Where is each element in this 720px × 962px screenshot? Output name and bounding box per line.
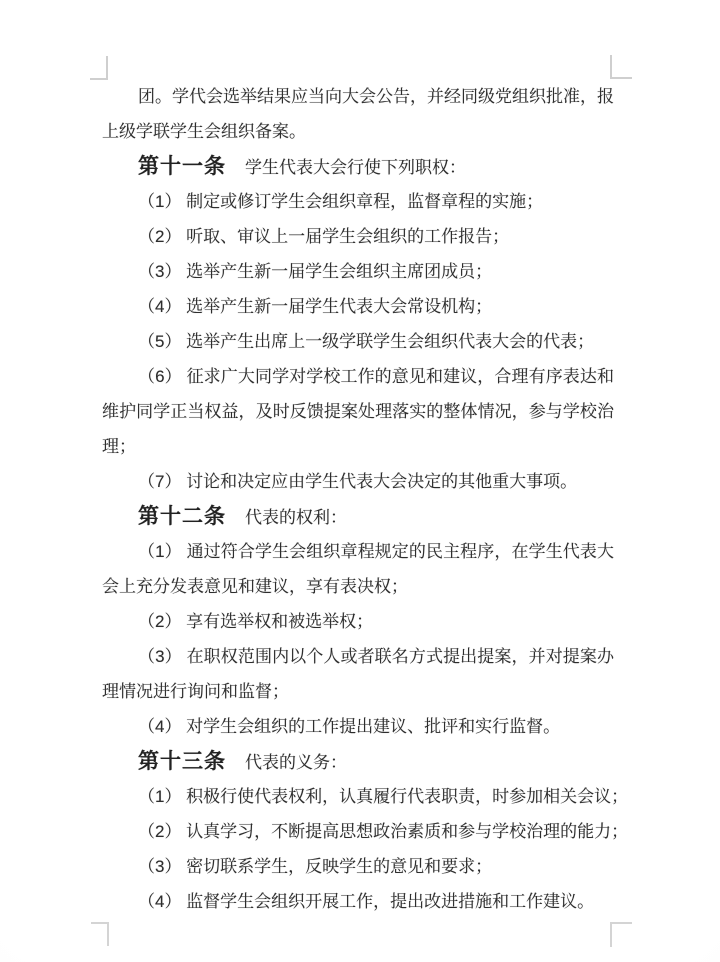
document-body: 团。学代会选举结果应当向大会公告，并经同级党组织批准，报 上级学联学生会组织备案… xyxy=(102,79,614,919)
text-line: 维护同学正当权益，及时反馈提案处理落实的整体情况，参与学校治 xyxy=(102,394,614,429)
text-line: 理情况进行询问和监督； xyxy=(102,674,614,709)
article-title: 代表的义务： xyxy=(245,753,347,772)
paragraph-continuation: 团。学代会选举结果应当向大会公告，并经同级党组织批准，报 上级学联学生会组织备案… xyxy=(102,79,614,149)
list-item: （3） 选举产生新一届学生会组织主席团成员； xyxy=(102,254,614,289)
list-item: （1） 通过符合学生会组织章程规定的民主程序，在学生代表大 会上充分发表意见和建… xyxy=(102,534,614,604)
text-line: （1） 制定或修订学生会组织章程，监督章程的实施； xyxy=(102,184,614,219)
text-line: （2） 享有选举权和被选举权； xyxy=(102,604,614,639)
document-photo: 团。学代会选举结果应当向大会公告，并经同级党组织批准，报 上级学联学生会组织备案… xyxy=(0,0,720,962)
text-line: （1） 积极行使代表权利，认真履行代表职责，时参加相关会议； xyxy=(102,779,614,814)
text-line: （1） 通过符合学生会组织章程规定的民主程序，在学生代表大 xyxy=(102,534,614,569)
text-line: 团。学代会选举结果应当向大会公告，并经同级党组织批准，报 xyxy=(102,79,614,114)
article-number: 第十三条 xyxy=(138,750,226,773)
text-line: （7） 讨论和决定应由学生代表大会决定的其他重大事项。 xyxy=(102,464,614,499)
list-item: （3） 在职权范围内以个人或者联名方式提出提案，并对提案办 理情况进行询问和监督… xyxy=(102,639,614,709)
text-line: （3） 密切联系学生，反映学生的意见和要求； xyxy=(102,849,614,884)
crop-mark-top-left xyxy=(90,56,108,80)
crop-mark-bottom-right xyxy=(610,922,632,947)
article-title: 学生代表大会行使下列职权： xyxy=(245,158,466,177)
text-line: 第十二条代表的权利： xyxy=(102,499,614,534)
article-heading: 第十一条学生代表大会行使下列职权： xyxy=(102,149,614,184)
article-heading: 第十三条代表的义务： xyxy=(102,744,614,779)
list-item: （4） 监督学生会组织开展工作，提出改进措施和工作建议。 xyxy=(102,884,614,919)
text-line: （3） 在职权范围内以个人或者联名方式提出提案，并对提案办 xyxy=(102,639,614,674)
text-line: （6） 征求广大同学对学校工作的意见和建议，合理有序表达和 xyxy=(102,359,614,394)
text-line: （2） 听取、审议上一届学生会组织的工作报告； xyxy=(102,219,614,254)
text-line: （4） 选举产生新一届学生代表大会常设机构； xyxy=(102,289,614,324)
list-item: （1） 积极行使代表权利，认真履行代表职责，时参加相关会议； xyxy=(102,779,614,814)
text-line: 第十一条学生代表大会行使下列职权： xyxy=(102,149,614,184)
text-line: （4） 监督学生会组织开展工作，提出改进措施和工作建议。 xyxy=(102,884,614,919)
text-line: （2） 认真学习，不断提高思想政治素质和参与学校治理的能力； xyxy=(102,814,614,849)
list-item: （6） 征求广大同学对学校工作的意见和建议，合理有序表达和 维护同学正当权益，及… xyxy=(102,359,614,464)
list-item: （4） 对学生会组织的工作提出建议、批评和实行监督。 xyxy=(102,709,614,744)
list-item: （1） 制定或修订学生会组织章程，监督章程的实施； xyxy=(102,184,614,219)
article-number: 第十二条 xyxy=(138,505,226,528)
list-item: （2） 享有选举权和被选举权； xyxy=(102,604,614,639)
text-line: （5） 选举产生出席上一级学联学生会组织代表大会的代表； xyxy=(102,324,614,359)
text-line: （3） 选举产生新一届学生会组织主席团成员； xyxy=(102,254,614,289)
article-heading: 第十二条代表的权利： xyxy=(102,499,614,534)
text-line: 第十三条代表的义务： xyxy=(102,744,614,779)
list-item: （7） 讨论和决定应由学生代表大会决定的其他重大事项。 xyxy=(102,464,614,499)
text-line: 理； xyxy=(102,429,614,464)
list-item: （2） 认真学习，不断提高思想政治素质和参与学校治理的能力； xyxy=(102,814,614,849)
list-item: （4） 选举产生新一届学生代表大会常设机构； xyxy=(102,289,614,324)
crop-mark-bottom-left xyxy=(91,922,109,946)
text-line: （4） 对学生会组织的工作提出建议、批评和实行监督。 xyxy=(102,709,614,744)
crop-mark-top-right xyxy=(610,55,632,79)
text-line: 会上充分发表意见和建议，享有表决权； xyxy=(102,569,614,604)
list-item: （2） 听取、审议上一届学生会组织的工作报告； xyxy=(102,219,614,254)
list-item: （5） 选举产生出席上一级学联学生会组织代表大会的代表； xyxy=(102,324,614,359)
article-number: 第十一条 xyxy=(138,155,226,178)
article-title: 代表的权利： xyxy=(245,508,347,527)
text-line: 上级学联学生会组织备案。 xyxy=(102,114,614,149)
list-item: （3） 密切联系学生，反映学生的意见和要求； xyxy=(102,849,614,884)
